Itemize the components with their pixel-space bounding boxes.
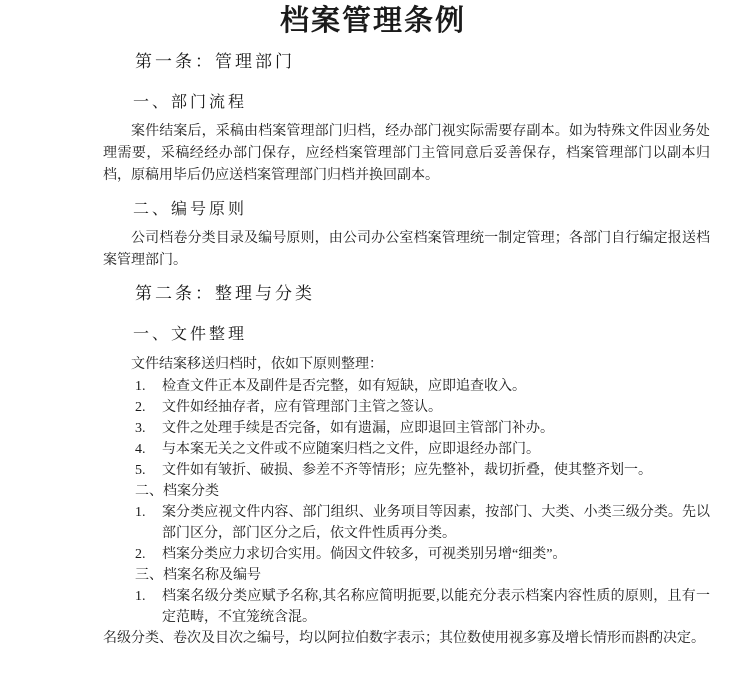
article-2-section-3-heading: 三、档案名称及编号 [135,565,710,586]
list-item-number: 1. [135,502,162,544]
list-item: 5. 文件如有皱折、破损、参差不齐等情形；应先整补，裁切折叠，使其整齐划一。 [135,460,710,481]
list-item-number: 2. [135,544,162,565]
article-1-heading: 第一条：管理部门 [135,51,746,73]
article-2-section-2-heading: 二、档案分类 [135,481,710,502]
list-item-number: 5. [135,460,162,481]
document-page: 档案管理条例 第一条：管理部门 一、部门流程 案件结案后，采稿由档案管理部门归档… [0,0,746,678]
list-item-number: 1. [135,586,162,628]
file-arrangement-list: 1. 检查文件正本及副件是否完整，如有短缺，应即追查收入。 2. 文件如经抽存者… [135,376,710,628]
list-item-text: 文件如有皱折、破损、参差不齐等情形；应先整补，裁切折叠，使其整齐划一。 [162,460,710,481]
list-item: 3. 文件之处理手续是否完备，如有遗漏，应即退回主管部门补办。 [135,418,710,439]
numbering-closing-paragraph: 名级分类、卷次及目次之编号，均以阿拉伯数字表示；其位数使用视多寡及增长情形而斟酌… [103,628,710,650]
list-item-number: 1. [135,376,162,397]
list-item: 1. 档案名级分类应赋予名称,其名称应简明扼要,以能充分表示档案内容性质的原则，… [135,586,710,628]
document-title: 档案管理条例 [0,0,746,38]
list-item-text: 档案名级分类应赋予名称,其名称应简明扼要,以能充分表示档案内容性质的原则，且有一… [162,586,710,628]
list-item-number: 2. [135,397,162,418]
list-item-text: 案分类应视文件内容、部门组织、业务项目等因素，按部门、大类、小类三级分类。先以部… [162,502,710,544]
file-arrangement-intro: 文件结案移送归档时，依如下原则整理： [103,354,710,376]
article-2-heading: 第二条：整理与分类 [135,283,746,305]
list-item-number: 4. [135,439,162,460]
list-item-number: 3. [135,418,162,439]
list-item-text: 与本案无关之文件或不应随案归档之文件，应即退经办部门。 [162,439,710,460]
article-1-section-1-heading: 一、部门流程 [133,92,746,113]
list-item-text: 检查文件正本及副件是否完整，如有短缺，应即追查收入。 [162,376,710,397]
list-item: 4. 与本案无关之文件或不应随案归档之文件，应即退经办部门。 [135,439,710,460]
list-item: 1. 案分类应视文件内容、部门组织、业务项目等因素，按部门、大类、小类三级分类。… [135,502,710,544]
article-2-section-1-heading: 一、文件整理 [133,324,746,345]
list-item: 2. 档案分类应力求切合实用。倘因文件较多，可视类别另增“细类”。 [135,544,710,565]
list-item-text: 文件如经抽存者，应有管理部门主管之签认。 [162,397,710,418]
article-1-section-2-heading: 二、编号原则 [133,199,746,220]
list-item-text: 档案分类应力求切合实用。倘因文件较多，可视类别另增“细类”。 [162,544,710,565]
article-1-section-1-paragraph: 案件结案后，采稿由档案管理部门归档，经办部门视实际需要存副本。如为特殊文件因业务… [103,121,710,187]
list-item: 1. 检查文件正本及副件是否完整，如有短缺，应即追查收入。 [135,376,710,397]
list-item-text: 文件之处理手续是否完备，如有遗漏，应即退回主管部门补办。 [162,418,710,439]
article-1-section-2-paragraph: 公司档卷分类目录及编号原则，由公司办公室档案管理统一制定管理；各部门自行编定报送… [103,228,710,272]
list-item: 2. 文件如经抽存者，应有管理部门主管之签认。 [135,397,710,418]
